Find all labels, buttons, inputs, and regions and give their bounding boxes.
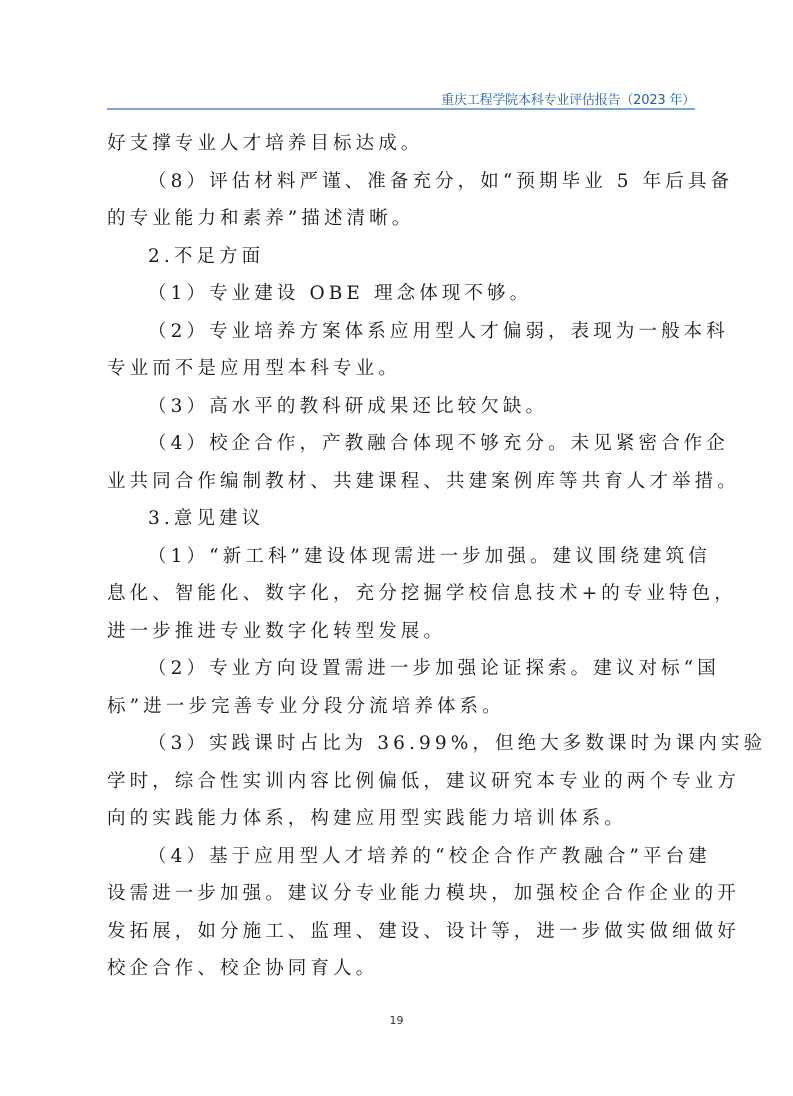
text-line-15: （2）专业方向设置需进一步加强论证探索。建议对标“国	[107, 655, 695, 693]
text-line-13: 息化、智能化、数字化，充分挖掘学校信息技术+的专业特色，	[107, 580, 695, 618]
text-line-10: 业共同合作编制教材、共建课程、共建案例库等共育人才举措。	[107, 468, 695, 506]
text-line-1: 好支撑专业人才培养目标达成。	[107, 130, 695, 168]
section-heading-shortcomings: 2.不足方面	[107, 243, 695, 281]
page-header: 重庆工程学院本科专业评估报告（2023 年）	[107, 86, 695, 110]
text-line-16: 标”进一步完善专业分段分流培养体系。	[107, 693, 695, 731]
text-line-5: （1）专业建设 OBE 理念体现不够。	[107, 280, 695, 318]
text-line-2: （8）评估材料严谨、准备充分，如“预期毕业 5 年后具备	[107, 168, 695, 206]
text-line-17: （3）实践课时占比为 36.99%，但绝大多数课时为课内实验	[107, 730, 695, 768]
text-line-21: 设需进一步加强。建议分专业能力模块，加强校企合作企业的开	[107, 880, 695, 918]
text-line-3: 的专业能力和素养”描述清晰。	[107, 205, 695, 243]
header-divider	[107, 108, 695, 110]
text-line-7: 专业而不是应用型本科专业。	[107, 355, 695, 393]
text-line-6: （2）专业培养方案体系应用型人才偏弱，表现为一般本科	[107, 318, 695, 356]
report-title: 重庆工程学院本科专业评估报告（2023 年）	[441, 89, 695, 108]
text-line-22: 发拓展，如分施工、监理、建设、设计等，进一步做实做细做好	[107, 918, 695, 956]
section-heading-suggestions: 3.意见建议	[107, 505, 695, 543]
text-line-18: 学时，综合性实训内容比例偏低，建议研究本专业的两个专业方	[107, 768, 695, 806]
text-line-9: （4）校企合作，产教融合体现不够充分。未见紧密合作企	[107, 430, 695, 468]
text-line-14: 进一步推进专业数字化转型发展。	[107, 618, 695, 656]
page-number: 19	[0, 1014, 793, 1027]
text-line-8: （3）高水平的教科研成果还比较欠缺。	[107, 393, 695, 431]
text-line-12: （1）“新工科”建设体现需进一步加强。建议围绕建筑信	[107, 543, 695, 581]
text-line-23: 校企合作、校企协同育人。	[107, 955, 695, 993]
text-line-20: （4）基于应用型人才培养的“校企合作产教融合”平台建	[107, 843, 695, 881]
document-body: 好支撑专业人才培养目标达成。 （8）评估材料严谨、准备充分，如“预期毕业 5 年…	[107, 130, 695, 993]
text-line-19: 向的实践能力体系，构建应用型实践能力培训体系。	[107, 805, 695, 843]
